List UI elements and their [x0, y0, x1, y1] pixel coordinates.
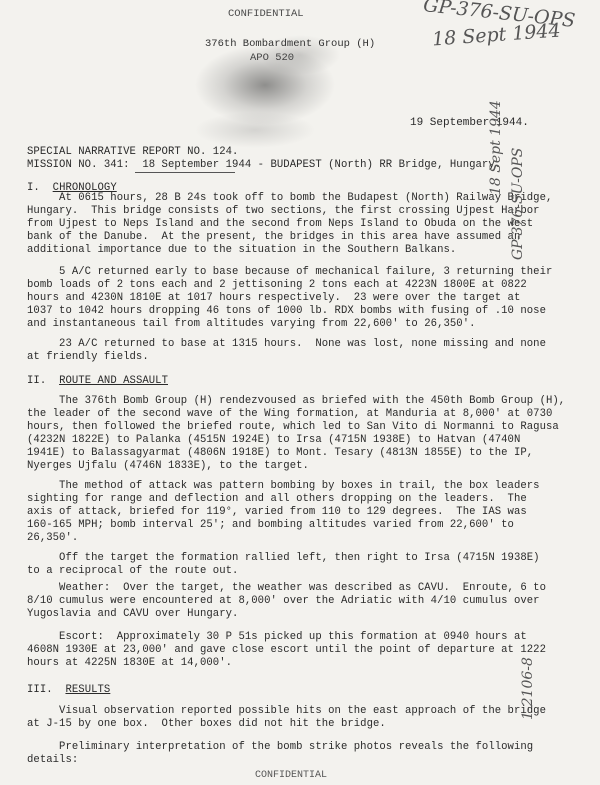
- report-date: 19 September 1944.: [410, 117, 529, 129]
- section-number: II.: [27, 375, 46, 387]
- paragraph: At 0615 hours, 28 B 24s took off to bomb…: [27, 192, 547, 257]
- section-number: III.: [27, 684, 53, 696]
- pen-underline: [135, 172, 235, 173]
- mission-line: MISSION NO. 341: 18 September 1944 - BUD…: [27, 159, 501, 172]
- paragraph: The 376th Bomb Group (H) rendezvoused as…: [27, 395, 547, 473]
- report-title: SPECIAL NARRATIVE REPORT NO. 124.: [27, 146, 238, 159]
- apo-number: APO 520: [250, 52, 294, 64]
- handwritten-date: 18 Sept 1944: [431, 20, 561, 51]
- margin-note: GP-376-SU-OPS: [510, 148, 526, 260]
- paragraph: Off the target the formation rallied lef…: [27, 552, 547, 578]
- header-classification: CONFIDENTIAL: [228, 8, 304, 20]
- document-page: CONFIDENTIAL 376th Bombardment Group (H)…: [0, 0, 600, 785]
- paragraph: 23 A/C returned to base at 1315 hours. N…: [27, 338, 547, 364]
- paragraph: The method of attack was pattern bombing…: [27, 480, 547, 545]
- paragraph: Visual observation reported possible hit…: [27, 705, 547, 731]
- paragraph: 5 A/C returned early to base because of …: [27, 266, 547, 331]
- unit-name: 376th Bombardment Group (H): [205, 38, 375, 50]
- section-heading-results: III. RESULTS: [27, 684, 110, 697]
- margin-note: 1-2106-8: [520, 657, 536, 720]
- weather-paragraph: Weather: Over the target, the weather wa…: [27, 582, 547, 621]
- escort-paragraph: Escort: Approximately 30 P 51s picked up…: [27, 631, 547, 670]
- margin-note: 18 Sept 1944: [488, 100, 504, 195]
- section-title: ROUTE AND ASSAULT: [59, 375, 168, 387]
- section-title: RESULTS: [65, 684, 110, 696]
- footer-classification: CONFIDENTIAL: [255, 770, 327, 781]
- section-heading-route-and-assault: II. ROUTE AND ASSAULT: [27, 375, 168, 388]
- paragraph: Preliminary interpretation of the bomb s…: [27, 741, 547, 767]
